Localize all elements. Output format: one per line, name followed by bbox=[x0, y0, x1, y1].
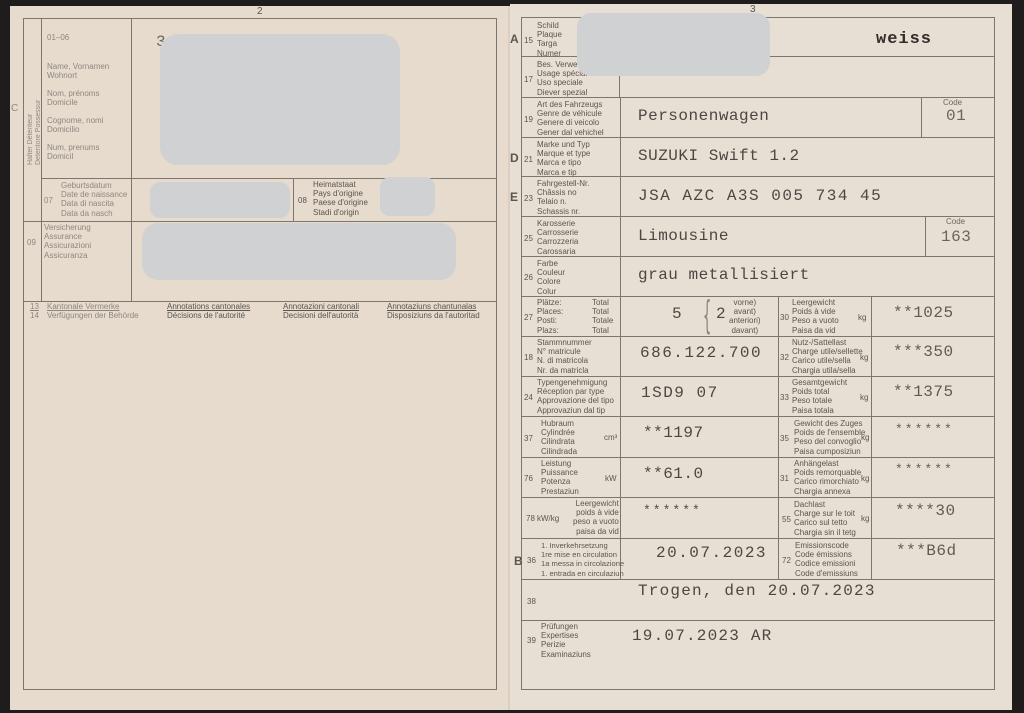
power-weight-value: ****** bbox=[643, 503, 702, 518]
divider bbox=[921, 97, 922, 137]
field-number-38: 38 bbox=[527, 597, 536, 606]
unit-kw-per-kg: kW/kg bbox=[537, 514, 559, 523]
divider bbox=[521, 256, 995, 257]
redacted-insurance bbox=[142, 223, 456, 280]
unit-kg: kg bbox=[858, 313, 866, 322]
total-weight-value: **1375 bbox=[893, 383, 954, 401]
field-number-76: 76 bbox=[524, 474, 533, 483]
field-number-31: 31 bbox=[780, 474, 789, 483]
vehicle-type-code: 01 bbox=[946, 107, 966, 125]
field-label-first-registration: 1. Inverkehrsetzung1re mise en circulati… bbox=[541, 541, 624, 578]
field-label-name: Name, VornamenWohnort bbox=[47, 62, 109, 80]
annotation-de: Kantonale VermerkeVerfügungen der Behörd… bbox=[47, 302, 139, 320]
empty-weight-value: **1025 bbox=[893, 304, 954, 322]
divider bbox=[521, 457, 995, 458]
field-number-55: 55 bbox=[782, 515, 791, 524]
unit-kg: kg bbox=[860, 393, 868, 402]
field-label-power: LeistungPuissancePotenzaPrestaziun bbox=[541, 459, 579, 496]
field-number-18: 18 bbox=[524, 353, 533, 362]
plate-color-value: weiss bbox=[876, 30, 932, 49]
field-label-seats: Plätze:Places:Posti:Plazs: bbox=[537, 298, 563, 335]
field-number-33: 33 bbox=[780, 393, 789, 402]
section-letter-e: E bbox=[510, 190, 518, 204]
divider bbox=[293, 178, 294, 221]
unit-kg: kg bbox=[861, 433, 869, 442]
annotation-it: Annotazioni cantonaliDecisioni dell'auto… bbox=[283, 302, 359, 320]
field-number-17: 17 bbox=[524, 75, 533, 84]
unit-cm3: cm³ bbox=[604, 433, 617, 442]
field-label-roof-load: DachlastCharge sur le toitCarico sul tet… bbox=[794, 500, 856, 537]
divider bbox=[521, 296, 995, 297]
type-approval-value: 1SD9 07 bbox=[641, 384, 719, 402]
make-model-value: SUZUKI Swift 1.2 bbox=[638, 147, 800, 165]
emission-code-value: ***B6d bbox=[896, 542, 957, 560]
field-label-birthdate: GeburtsdatumDate de naissanceData di nas… bbox=[61, 181, 127, 218]
divider bbox=[521, 579, 995, 580]
field-number-09: 09 bbox=[27, 238, 36, 247]
divider bbox=[521, 137, 995, 138]
holder-vertical-label: Detentore Possessur bbox=[34, 100, 43, 165]
divider bbox=[23, 221, 497, 222]
first-registration-value: 20.07.2023 bbox=[656, 544, 767, 562]
field-label-vehicle-type: Art des FahrzeugsGenre de véhiculeGenere… bbox=[537, 100, 604, 137]
redacted-plate-number bbox=[577, 13, 770, 76]
field-label-power-weight: Leergewichtpoids à videpeso a vuotopaisa… bbox=[573, 499, 619, 536]
field-number-35: 35 bbox=[780, 434, 789, 443]
vehicle-type-value: Personenwagen bbox=[638, 107, 769, 125]
divider bbox=[131, 18, 132, 301]
seats-total-value: 5 bbox=[672, 305, 682, 323]
chassis-number-value: JSA AZC A3S 005 734 45 bbox=[638, 187, 882, 205]
field-number-01-06: 01–06 bbox=[47, 33, 69, 42]
field-number-27: 27 bbox=[524, 313, 533, 322]
redacted-origin bbox=[380, 177, 435, 216]
divider bbox=[521, 538, 995, 539]
divider bbox=[521, 416, 995, 417]
code-label: Code bbox=[943, 98, 962, 107]
field-label-front-seats: vorne)avant)anteriori)davant) bbox=[729, 298, 761, 335]
divider bbox=[871, 296, 872, 579]
annotation-numbers: 1314 bbox=[30, 302, 39, 320]
divider bbox=[521, 216, 995, 217]
field-number-19: 19 bbox=[524, 115, 533, 124]
field-label-total-weight: GesamtgewichtPoids totalPeso totalePaisa… bbox=[792, 378, 847, 415]
field-number-23: 23 bbox=[524, 194, 533, 203]
field-label-type-approval: TypengenehmigungRéception par typeApprov… bbox=[537, 378, 614, 415]
field-number-36: 36 bbox=[527, 556, 536, 565]
field-number-26: 26 bbox=[524, 273, 533, 282]
seats-front-value: 2 bbox=[716, 305, 726, 323]
field-number-21: 21 bbox=[524, 155, 533, 164]
divider bbox=[521, 176, 995, 177]
roof-load-value: ****30 bbox=[895, 502, 956, 520]
field-number-32: 32 bbox=[780, 353, 789, 362]
field-number-08: 08 bbox=[298, 196, 307, 205]
left-page-number: 2 bbox=[257, 6, 263, 17]
brace-decoration: { bbox=[703, 296, 711, 334]
divider bbox=[620, 97, 621, 579]
field-label-registry-number: StammnummerN° matriculeN. di matricolaNr… bbox=[537, 338, 592, 375]
field-number-72: 72 bbox=[782, 556, 791, 565]
divider bbox=[778, 296, 779, 579]
section-letter-a: A bbox=[510, 32, 519, 46]
field-label-color: FarbeCouleurColoreColur bbox=[537, 259, 565, 296]
annotation-fr: Annotations cantonalesDécisions de l'aut… bbox=[167, 302, 250, 320]
annotation-rm: Annotaziuns chantunalasDisposiziuns da l… bbox=[387, 302, 480, 320]
field-label-payload: Nutz-/SattellastCharge utile/selletteCar… bbox=[792, 338, 863, 375]
divider bbox=[521, 336, 995, 337]
field-label-displacement: HubraumCylindréeCilindrataCilindrada bbox=[541, 419, 577, 456]
field-label-num: Num, prenumsDomicil bbox=[47, 143, 99, 161]
field-label-trailer-load: AnhängelastPoids remorquableCarico rimor… bbox=[794, 459, 861, 496]
divider bbox=[521, 97, 995, 98]
field-number-25: 25 bbox=[524, 234, 533, 243]
unit-kg: kg bbox=[861, 514, 869, 523]
field-number-78: 78 bbox=[526, 514, 535, 523]
train-weight-value: ****** bbox=[895, 422, 954, 437]
section-letter-d: D bbox=[510, 151, 519, 165]
section-letter-c: C bbox=[11, 103, 18, 114]
field-number-24: 24 bbox=[524, 393, 533, 402]
power-value: **61.0 bbox=[643, 465, 704, 483]
color-value: grau metallisiert bbox=[638, 266, 810, 284]
field-label-inspections: PrüfungenExpertisesPerizieExaminaziuns bbox=[541, 622, 591, 659]
body-type-value: Limousine bbox=[638, 227, 729, 245]
field-number-39: 39 bbox=[527, 636, 536, 645]
field-label-emission-code: EmissionscodeCode émissionsCodice emissi… bbox=[795, 541, 858, 578]
registry-number-value: 686.122.700 bbox=[640, 344, 762, 362]
code-label: Code bbox=[946, 217, 965, 226]
field-label-nom: Nom, prénomsDomicile bbox=[47, 89, 99, 107]
place-date-value: Trogen, den 20.07.2023 bbox=[638, 582, 876, 600]
field-label-body: KarosserieCarrosserieCarrozzeriaCarossar… bbox=[537, 219, 578, 256]
displacement-value: **1197 bbox=[643, 424, 704, 442]
divider bbox=[521, 497, 995, 498]
field-number-30: 30 bbox=[780, 313, 789, 322]
section-letter-b: B bbox=[514, 554, 523, 568]
unit-kg: kg bbox=[861, 474, 869, 483]
divider bbox=[521, 620, 995, 621]
field-label-train-weight: Gewicht des ZugesPoids de l'ensemblePeso… bbox=[794, 419, 865, 456]
divider bbox=[925, 216, 926, 256]
inspection-value: 19.07.2023 AR bbox=[632, 627, 772, 645]
divider bbox=[521, 376, 995, 377]
field-label-origin: HeimatstaatPays d'originePaese d'origine… bbox=[313, 180, 368, 217]
field-label-empty-weight: LeergewichtPoids à videPeso a vuotoPaisa… bbox=[792, 298, 839, 335]
field-label-chassis: Fahrgestell-Nr.Châssis noTelaio n.Schass… bbox=[537, 179, 589, 216]
field-label-plate: SchildPlaqueTargaNumer bbox=[537, 21, 562, 58]
payload-value: ***350 bbox=[893, 343, 954, 361]
field-label-make-model: Marke und TypMarque et typeMarca e tipoM… bbox=[537, 140, 590, 177]
unit-kw: kW bbox=[605, 474, 617, 483]
field-number-15: 15 bbox=[524, 36, 533, 45]
unit-kg: kg bbox=[860, 353, 868, 362]
redacted-birthdate bbox=[150, 182, 290, 218]
trailer-load-value: ****** bbox=[895, 462, 954, 477]
redacted-holder-name bbox=[160, 34, 400, 165]
field-number-07: 07 bbox=[44, 196, 53, 205]
field-label-cognome: Cognome, nomiDomicilio bbox=[47, 116, 103, 134]
field-sublabel-total: TotalTotalTotaleTotal bbox=[592, 298, 613, 335]
body-type-code: 163 bbox=[941, 228, 971, 246]
field-number-37: 37 bbox=[524, 434, 533, 443]
field-label-insurance: VersicherungAssuranceAssicurazioniAssicu… bbox=[44, 223, 91, 260]
